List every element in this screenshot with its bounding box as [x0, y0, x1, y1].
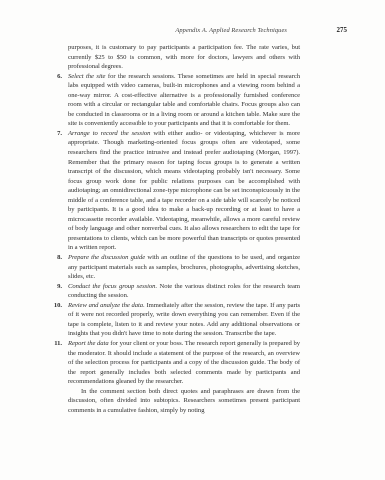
item-lead: Report the data — [68, 340, 109, 347]
list-item: 9. Conduct the focus group session. Note… — [48, 282, 300, 301]
item-lead: Review and analyze the data. — [68, 302, 145, 309]
item-number: 7. — [48, 129, 62, 253]
list-item: 10. Review and analyze the data. Immedia… — [48, 301, 300, 339]
item-text: Report the data for your client or your … — [68, 339, 300, 387]
running-head: Appendix A. Applied Research Techniques — [175, 27, 287, 34]
item-text: Arrange to record the session with eithe… — [68, 129, 300, 253]
closing-paragraph: In the comment section both direct quote… — [68, 387, 300, 416]
scanned-book-page: Appendix A. Applied Research Techniques … — [0, 0, 385, 480]
list-item: 7. Arrange to record the session with ei… — [48, 129, 300, 253]
list-item: 11. Report the data for your client or y… — [48, 339, 300, 387]
item-text: Select the site for the research session… — [68, 72, 300, 129]
item-body: for the research sessions. These sometim… — [68, 73, 300, 128]
item-lead: Select the site — [68, 73, 105, 80]
item-text: Conduct the focus group session. Note th… — [68, 282, 300, 301]
item-text: Review and analyze the data. Immediately… — [68, 301, 300, 339]
numbered-list: 6. Select the site for the research sess… — [48, 72, 300, 387]
item-lead: Conduct the focus group session. — [68, 283, 157, 290]
item-body: with either audio- or videotaping, which… — [68, 130, 300, 252]
intro-paragraph: purposes, it is customary to pay partici… — [68, 43, 300, 72]
item-number: 11. — [48, 339, 62, 387]
list-item: 8. Prepare the discussion guide with an … — [48, 253, 300, 282]
page-number: 275 — [337, 26, 348, 34]
item-number: 10. — [48, 301, 62, 339]
item-lead: Prepare the discussion guide — [68, 254, 145, 261]
item-text: Prepare the discussion guide with an out… — [68, 253, 300, 282]
item-number: 8. — [48, 253, 62, 282]
item-lead: Arrange to record the session — [68, 130, 150, 137]
item-number: 6. — [48, 72, 62, 129]
list-item: 6. Select the site for the research sess… — [48, 72, 300, 129]
item-number: 9. — [48, 282, 62, 301]
page-body: purposes, it is customary to pay partici… — [48, 43, 300, 415]
